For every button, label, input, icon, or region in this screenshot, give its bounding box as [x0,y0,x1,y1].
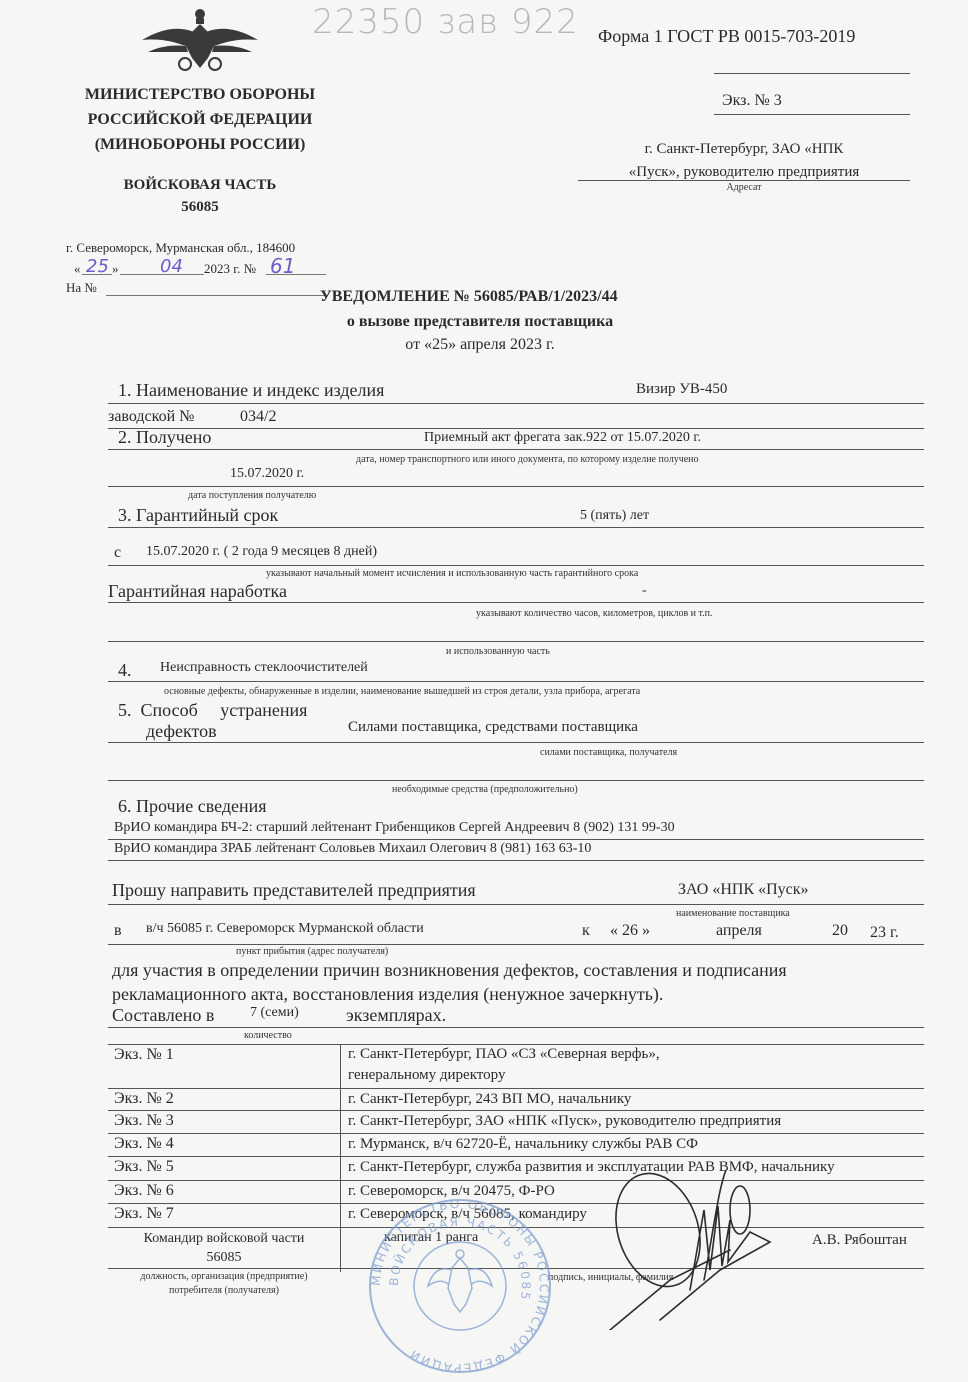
destination-caption: пункт прибытия (адрес получателя) [236,946,388,957]
item-6-rule-2 [108,860,924,861]
purpose-line-2: рекламационного акта, восстановления изд… [112,984,663,1005]
military-unit: ВОЙСКОВАЯ ЧАСТЬ 56085 [60,174,340,218]
means-caption: необходимые средства (предположительно) [392,784,578,795]
item-5-line [108,742,924,743]
item-6-label: 6. Прочие сведения [118,796,267,817]
item-5-caption: силами поставщика, получателя [540,747,677,758]
copy-number: Экз. № 3 [722,92,782,110]
request-line [108,904,924,905]
serial-value: 034/2 [240,408,276,426]
outgoing-number-line [266,274,326,275]
request-century: 20 [832,922,848,940]
table-row-divider [108,1088,924,1089]
outgoing-day-line [82,274,112,275]
table-row-7-copy: Экз. № 7 [114,1205,174,1223]
copies-suffix: экземплярах. [346,1005,446,1026]
warranty-from-line [108,565,924,566]
copies-line [108,1027,924,1028]
copies-value: 7 (семи) [250,1005,299,1021]
signer-name: А.В. Рябоштан [812,1232,907,1249]
signer-position: Командир войсковой части 56085 [108,1229,340,1267]
form-label: Форма 1 ГОСТ РВ 0015-703-2019 [598,26,855,47]
request-destination: в/ч 56085 г. Североморск Мурманской обла… [146,921,424,937]
warranty-from-value: 15.07.2020 г. ( 2 года 9 месяцев 8 дней) [146,544,377,560]
item-1-line [108,403,924,404]
operating-caption: указывают количество часов, километров, … [476,608,713,619]
operating-label: Гарантийная наработка [108,581,287,602]
addressee-top-line [714,73,910,74]
table-row-divider [108,1133,924,1134]
document-date: от «25» апреля 2023 г. [300,336,660,354]
addressee-line [578,180,910,181]
official-stamp: МИНИСТЕРСТВО ОБОРОНЫ РОССИЙСКОЙ ФЕДЕРАЦИ… [360,1196,560,1376]
handwritten-signature [600,1170,800,1330]
eagle-icon [428,1250,492,1312]
table-row-5-copy: Экз. № 5 [114,1158,174,1176]
table-row-divider [108,1180,924,1181]
item-2-caption: дата, номер транспортного или иного доку… [356,454,699,465]
reply-to-line [106,295,324,296]
addressee-line-1: г. Санкт-Петербург, ЗАО «НПК [578,138,910,161]
copies-caption: количество [244,1030,292,1041]
table-row-divider [108,1156,924,1157]
copy-number-line [714,114,910,115]
used-part-caption: и использованную часть [446,646,550,657]
table-row-1-copy: Экз. № 1 [114,1046,174,1064]
unit-line-2: 56085 [60,196,340,218]
copies-label: Составлено в [112,1005,214,1026]
request-supplier: ЗАО «НПК «Пуск» [678,881,809,899]
request-label: Прошу направить представителей предприят… [112,880,476,901]
item-5-label-line-1: 5. Способ устранения [118,700,307,721]
pencil-annotation: 22350 зав 922 [312,2,579,42]
outgoing-month-line [120,274,204,275]
table-row-1-address: г. Санкт-Петербург, ПАО «СЗ «Северная ве… [348,1046,660,1063]
item-5-label-line-2: дефектов [146,721,217,742]
table-row-2-address: г. Санкт-Петербург, 243 ВП МО, начальник… [348,1091,631,1108]
item-4-label: 4. [118,660,132,681]
item-1-value: Визир УВ-450 [636,381,727,398]
item-6-line-1: ВрИО командира БЧ-2: старший лейтенант Г… [114,820,675,836]
item-6-line-2: ВрИО командира ЗРАБ лейтенант Соловьев М… [114,841,591,857]
table-row-6-copy: Экз. № 6 [114,1182,174,1200]
operating-value: - [642,583,647,599]
table-row-2-copy: Экз. № 2 [114,1090,174,1108]
used-part-line [108,641,924,642]
warranty-from-caption: указывают начальный момент исчисления и … [266,568,638,579]
position-caption: должность, организация (предприятие) пот… [108,1270,340,1298]
ministry-block: МИНИСТЕРСТВО ОБОРОНЫ РОССИЙСКОЙ ФЕДЕРАЦИ… [60,82,340,157]
request-day: « 26 » [610,922,650,940]
sender-address: г. Североморск, Мурманская обл., 184600 [66,240,295,256]
item-4-value: Неисправность стеклоочистителей [160,660,368,676]
document-title: УВЕДОМЛЕНИЕ № 56085/РАВ/1/2023/44 [320,288,618,306]
request-in-label: в [114,922,122,940]
addressee: г. Санкт-Петербург, ЗАО «НПК «Пуск», рук… [578,138,910,184]
table-row-3-copy: Экз. № 3 [114,1112,174,1130]
supplier-caption: наименование поставщика [676,908,790,919]
table-row-4-address: г. Мурманск, в/ч 62720-Ё, начальнику слу… [348,1136,698,1153]
serial-line [108,428,924,429]
table-row-3-address: г. Санкт-Петербург, ЗАО «НПК «Пуск», рук… [348,1113,781,1130]
receipt-date: 15.07.2020 г. [230,466,304,482]
document-subtitle: о вызове представителя поставщика [300,313,660,331]
unit-line-1: ВОЙСКОВАЯ ЧАСТЬ [60,174,340,196]
means-line [108,780,924,781]
request-year: 23 г. [870,924,899,942]
item-4-caption: основные дефекты, обнаруженные в изделии… [164,686,640,697]
reply-to-label: На № [66,280,97,296]
warranty-from-label: с [114,544,121,562]
item-4-line [108,681,924,682]
table-row-4-copy: Экз. № 4 [114,1135,174,1153]
destination-line [108,944,924,945]
item-3-label: 3. Гарантийный срок [118,505,278,526]
table-row-divider [108,1110,924,1111]
addressee-caption: Адресат [578,182,910,193]
ministry-line-3: (МИНОБОРОНЫ РОССИИ) [60,132,340,157]
ministry-line-1: МИНИСТЕРСТВО ОБОРОНЫ [60,82,340,107]
operating-line [108,602,924,603]
ministry-line-2: РОССИЙСКОЙ ФЕДЕРАЦИИ [60,107,340,132]
receipt-caption: дата поступления получателю [188,490,316,501]
item-2-value: Приемный акт фрегата зак.922 от 15.07.20… [424,430,701,446]
table-divider [340,1044,341,1272]
item-1-label: 1. Наименование и индекс изделия [118,380,384,401]
request-month: апреля [716,922,762,940]
request-to-label: к [582,922,590,940]
item-2-line [108,449,924,450]
serial-label: заводской № [108,408,194,426]
table-row-1-address-2: генеральному директору [348,1067,505,1084]
table-top-line [108,1044,924,1045]
item-6-rule-1 [108,839,924,840]
item-2-label: 2. Получено [118,427,211,448]
item-3-line [108,527,924,528]
item-5-value: Силами поставщика, средствами поставщика [348,719,638,736]
item-3-value: 5 (пять) лет [580,508,649,524]
purpose-line-1: для участия в определении причин возникн… [112,960,787,981]
emblem-icon [140,6,260,76]
receipt-date-line [108,486,924,487]
